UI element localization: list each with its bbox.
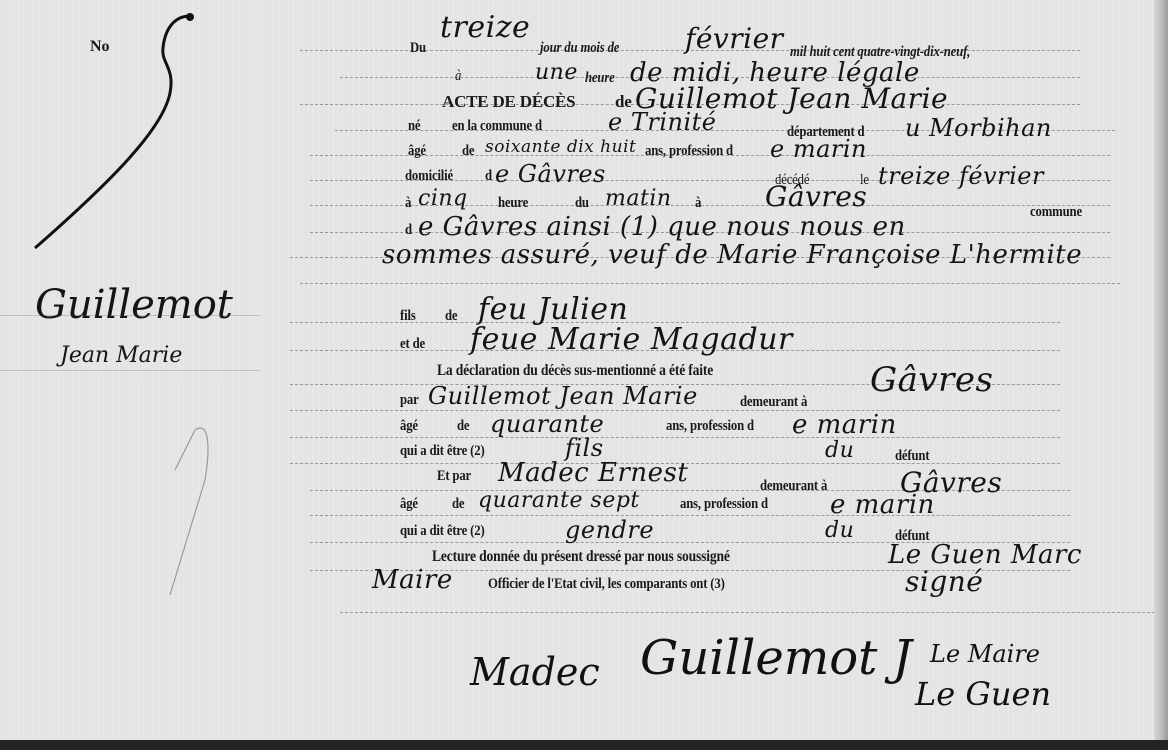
printed-ans-prof-1: ans, profession d [666,418,754,435]
printed-heure2: heure [498,195,528,212]
printed-declaration: La déclaration du décès sus-mentionné a … [437,362,713,380]
hand-signed: signé [905,565,983,598]
printed-heure: heure [585,70,615,87]
hand-month: février [685,22,784,55]
printed-d2: d [405,222,412,239]
printed-age-decl-1: âgé [400,418,418,435]
printed-par: par [400,392,419,409]
printed-domicilie: domicilié [405,168,453,185]
hand-death-date: treize février [878,162,1044,190]
hand-prof-1: e marin [792,410,897,440]
printed-du: Du [410,40,426,57]
hand-department: u Morbihan [905,114,1052,142]
printed-d: d [485,168,492,185]
hand-widower-line: sommes assuré, veuf de Marie Françoise L… [382,240,1082,270]
hand-domicile: e Gâvres [495,160,606,188]
hand-residence-1: Gâvres [870,360,993,400]
hand-du-1: du [825,438,854,463]
hand-declarant-2: Madec Ernest [498,458,688,488]
printed-qui-a-dit-1: qui a dit être (2) [400,443,485,460]
margin-surname: Guillemot [35,282,233,328]
printed-de-decl-2: de [452,496,464,513]
signature-guillemot: Guillemot J [640,630,912,686]
printed-ne: né [408,118,420,135]
printed-demeurant-2: demeurant à [760,478,827,495]
printed-de-father: de [445,308,457,325]
signature-le-maire: Le Maire [930,640,1040,668]
hand-age: soixante dix huit [485,137,636,157]
printed-jour-du-mois: jour du mois de [540,40,619,57]
printed-ans-profession: ans, profession d [645,143,733,160]
margin-pencil-mark [165,420,225,600]
hand-period: matin [605,186,672,211]
printed-a: à [455,68,461,85]
viewer-bottom-bar [0,740,1168,750]
record-number-handwritten [15,8,195,253]
margin-given-names: Jean Marie [60,343,182,368]
hand-day: treize [440,10,530,45]
printed-age-decl-2: âgé [400,496,418,513]
printed-demeurant-1: demeurant à [740,394,807,411]
printed-et-par: Et par [437,468,471,485]
printed-lecture: Lecture donnée du présent dressé par nou… [432,548,730,566]
printed-de-age: de [462,143,474,160]
hand-commune-assurance: e Gâvres ainsi (1) que nous nous en [418,212,906,242]
hand-declarant-1: Guillemot Jean Marie [428,382,698,410]
hand-birth-commune: e Trinité [608,108,716,136]
certificate-title: ACTE DE DÉCÈS [442,92,575,112]
signature-le-guen: Le Guen [915,675,1051,713]
hand-hour: une [535,60,578,85]
page-binding-edge [1154,0,1168,740]
printed-officier: Officier de l'Etat civil, les comparants… [488,576,725,593]
hand-mother: feue Marie Magadur [470,322,793,357]
printed-et-de: et de [400,336,425,353]
printed-age: âgé [408,143,426,160]
hand-age-2: quarante sept [478,488,640,513]
printed-defunt-1: défunt [895,448,929,465]
printed-a2: à [405,195,411,212]
printed-commune: commune [1030,204,1082,221]
printed-qui-a-dit-2: qui a dit être (2) [400,523,485,540]
hand-prof-2: e marin [830,490,935,520]
hand-relation-2: gendre [565,516,654,544]
hand-officer-title: Maire [372,565,453,595]
hand-death-hour: cinq [418,186,468,211]
hand-death-place: Gâvres [765,180,867,213]
death-certificate-page: No Guillemot Jean Marie Du treize jour d… [0,0,1168,740]
printed-du: du [575,195,589,212]
signature-madec: Madec [470,650,600,694]
printed-a3: à [695,195,701,212]
hand-profession: e marin [770,135,867,163]
printed-ans-prof-2: ans, profession d [680,496,768,513]
printed-de-decl-1: de [457,418,469,435]
printed-fils: fils [400,308,416,325]
printed-en-la-commune: en la commune d [452,118,542,135]
hand-du-2: du [825,518,854,543]
